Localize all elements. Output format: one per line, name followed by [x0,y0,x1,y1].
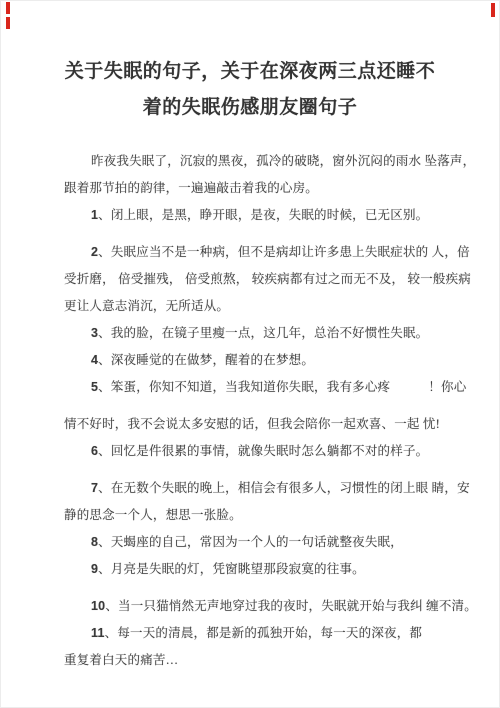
text-line: 7、在无数个失眠的晚上，相信会有很多人，习惯性的闭上眼 睛，安 [64,475,464,502]
text-line: 5、笨蛋，你知不知道，当我知道你失眠，我有多心疼 ！你心 [64,374,464,401]
document-title: 关于失眠的句子，关于在深夜两三点还睡不 着的失眠伤感朋友圈句子 [28,54,472,126]
text-line: 跟着那节拍的韵律，一遍遍敲击着我的心房。 [64,175,464,202]
title-line-1: 关于失眠的句子，关于在深夜两三点还睡不 [28,54,472,90]
text-line: 6、回忆是件很累的事情，就像失眠时怎么躺都不对的样子。 [64,438,464,465]
text-line: 2、失眠应当不是一种病，但不是病却让许多患上失眠症状的 人，倍 [64,239,464,266]
text-line: 11、每一天的清晨，都是新的孤独开始，每一天的深夜，都 [64,620,464,647]
text-line: 3、我的脸，在镜子里瘦一点，这几年，总治不好惯性失眠。 [64,320,464,347]
text-line: 重复着白天的痛苦… [64,647,464,674]
text-line: 静的思念一个人，想思一张脸。 [64,502,464,529]
text-line: 10、当一只猫悄然无声地穿过我的夜时，失眠就开始与我纠 缠不清。 [64,593,464,620]
text-line: 8、天蝎座的自己，常因为一个人的一句话就整夜失眠， [64,529,464,556]
document-body: 昨夜我失眠了，沉寂的黑夜，孤冷的破晓，窗外沉闷的雨水 坠落声， 跟着那节拍的韵律… [64,148,464,674]
document-page: 关于失眠的句子，关于在深夜两三点还睡不 着的失眠伤感朋友圈句子 昨夜我失眠了，沉… [0,0,500,708]
red-corner-mark-right-icon [491,3,495,17]
text-line: 情不好时，我不会说太多安慰的话，但我会陪你一起欢喜、一起 忧! [64,411,464,438]
red-corner-mark-left-icon [6,2,10,29]
text-line: 更让人意志消沉，无所适从。 [64,293,464,320]
text-line: 4、深夜睡觉的在做梦，醒着的在梦想。 [64,347,464,374]
text-line: 9、月亮是失眠的灯，凭窗眺望那段寂寞的往事。 [64,556,464,583]
text-line: 受折磨， 倍受摧残， 倍受煎熬， 较疾病都有过之而无不及， 较一般疾病 [64,266,464,293]
title-line-2: 着的失眠伤感朋友圈句子 [28,90,472,126]
text-line: 1、闭上眼，是黑，睁开眼，是夜，失眠的时候，已无区别。 [64,202,464,229]
text-line: 昨夜我失眠了，沉寂的黑夜，孤冷的破晓，窗外沉闷的雨水 坠落声， [64,148,464,175]
